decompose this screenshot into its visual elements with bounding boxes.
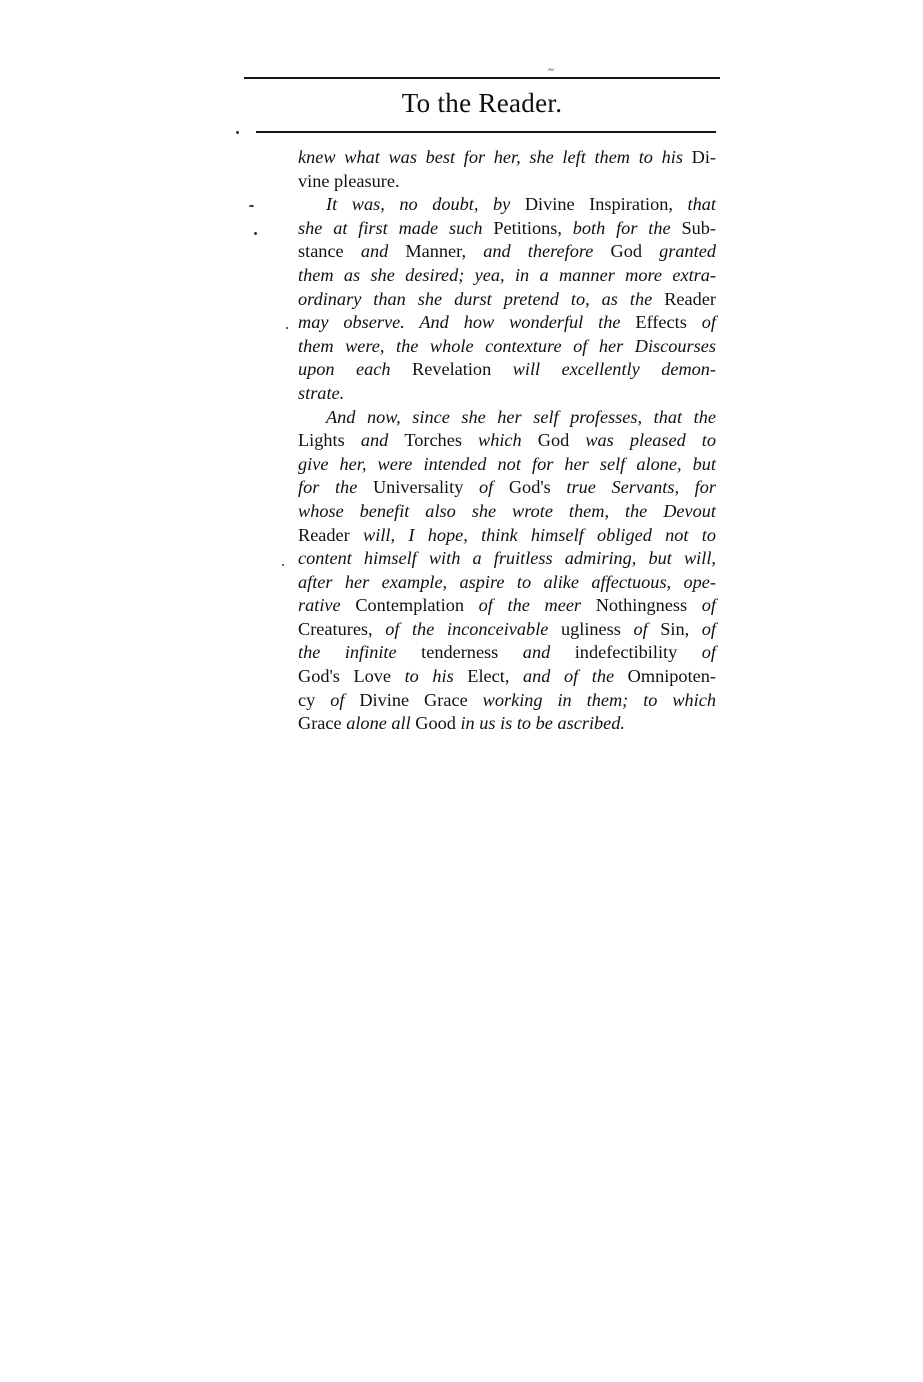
italic-run: which bbox=[478, 430, 538, 450]
italic-run: she at first made such bbox=[298, 218, 493, 238]
text-line: And now, since she her self professes, t… bbox=[298, 406, 716, 430]
roman-run: indefectibility bbox=[575, 642, 702, 662]
roman-run: Good bbox=[415, 713, 460, 733]
text-line: It was, no doubt, by Divine Inspiration,… bbox=[298, 193, 716, 217]
roman-run: Manner, bbox=[405, 241, 483, 261]
roman-run: stance bbox=[298, 241, 361, 261]
italic-run: and bbox=[361, 241, 406, 261]
italic-run: of bbox=[633, 619, 660, 639]
italic-run: may observe. And how wonderful the bbox=[298, 312, 635, 332]
italic-run: that bbox=[688, 194, 716, 214]
page-title: To the Reader. bbox=[244, 84, 720, 122]
text-line: vine pleasure. bbox=[298, 170, 716, 194]
italic-run: And now, since she her self professes, t… bbox=[326, 407, 716, 427]
italic-run: and therefore bbox=[483, 241, 610, 261]
roman-run: Reader bbox=[664, 289, 716, 309]
italic-run: of bbox=[702, 595, 716, 615]
italic-run: It was, no doubt, by bbox=[326, 194, 525, 214]
text-line: Reader will, I hope, think himself oblig… bbox=[298, 524, 716, 548]
italic-run: to his bbox=[405, 666, 468, 686]
italic-run: will excellently demon- bbox=[513, 359, 716, 379]
text-line: may observe. And how wonderful the Effec… bbox=[298, 311, 716, 335]
italic-run: them as she desired; yea, in a manner mo… bbox=[298, 265, 716, 285]
paragraph-2: It was, no doubt, by Divine Inspiration,… bbox=[298, 193, 716, 405]
roman-run: Omnipoten- bbox=[628, 666, 716, 686]
scan-speck bbox=[236, 131, 239, 134]
paragraph-1: knew what was best for her, she left the… bbox=[298, 146, 716, 193]
roman-run: Grace bbox=[298, 713, 346, 733]
text-line: content himself with a fruitless admirin… bbox=[298, 547, 716, 571]
roman-run: God's Love bbox=[298, 666, 405, 686]
italic-run: whose benefit also she wrote them, the D… bbox=[298, 501, 716, 521]
italic-run: of bbox=[479, 477, 509, 497]
italic-run: will, I hope, think himself obliged not … bbox=[363, 525, 716, 545]
roman-run: Effects bbox=[635, 312, 701, 332]
paragraph-3: And now, since she her self professes, t… bbox=[298, 406, 716, 736]
italic-run: was pleased to bbox=[585, 430, 716, 450]
italic-run: for the bbox=[298, 477, 373, 497]
italic-run: in us is to be ascribed. bbox=[460, 713, 625, 733]
text-line: God's Love to his Elect, and of the Omni… bbox=[298, 665, 716, 689]
italic-run: true Servants, for bbox=[566, 477, 716, 497]
text-line: ordinary than she durst pretend to, as t… bbox=[298, 288, 716, 312]
roman-run: Universality bbox=[373, 477, 479, 497]
roman-run: God bbox=[538, 430, 586, 450]
italic-run: them were, the whole contexture of her D… bbox=[298, 336, 716, 356]
roman-run: Contemplation bbox=[355, 595, 478, 615]
text-line: rative Contemplation of the meer Nothing… bbox=[298, 594, 716, 618]
italic-run: knew what was best for her, she left the… bbox=[298, 147, 692, 167]
italic-run: of the meer bbox=[479, 595, 596, 615]
text-line: them were, the whole contexture of her D… bbox=[298, 335, 716, 359]
italic-run: both for the bbox=[573, 218, 682, 238]
book-page: ~ To the Reader. knew what was best for … bbox=[0, 0, 923, 1382]
text-line: whose benefit also she wrote them, the D… bbox=[298, 500, 716, 524]
roman-run: cy bbox=[298, 690, 330, 710]
text-line: the infinite tenderness and indefectibil… bbox=[298, 641, 716, 665]
roman-run: Elect, bbox=[467, 666, 523, 686]
italic-run: working in them; to which bbox=[483, 690, 716, 710]
catchmark: ~ bbox=[548, 64, 554, 76]
italic-run: of bbox=[702, 619, 716, 639]
italic-run: upon each bbox=[298, 359, 412, 379]
body-text: knew what was best for her, she left the… bbox=[298, 146, 716, 736]
italic-run: content himself with a fruitless admirin… bbox=[298, 548, 716, 568]
italic-run: and bbox=[361, 430, 405, 450]
roman-run: ugliness bbox=[561, 619, 634, 639]
roman-run: Divine Grace bbox=[359, 690, 482, 710]
scan-speck bbox=[249, 205, 254, 207]
text-line: give her, were intended not for her self… bbox=[298, 453, 716, 477]
text-line: stance and Manner, and therefore God gra… bbox=[298, 240, 716, 264]
header-rule-bottom bbox=[256, 131, 716, 133]
roman-run: Sin, bbox=[660, 619, 702, 639]
italic-run: of bbox=[702, 312, 716, 332]
roman-run: Petitions, bbox=[493, 218, 572, 238]
italic-run: give her, were intended not for her self… bbox=[298, 454, 716, 474]
roman-run: Sub- bbox=[681, 218, 716, 238]
italic-run: rative bbox=[298, 595, 355, 615]
header-rule-top bbox=[244, 77, 720, 79]
text-line: Lights and Torches which God was pleased… bbox=[298, 429, 716, 453]
text-line: upon each Revelation will excellently de… bbox=[298, 358, 716, 382]
italic-run: strate. bbox=[298, 383, 344, 403]
text-line: cy of Divine Grace working in them; to w… bbox=[298, 689, 716, 713]
text-line: knew what was best for her, she left the… bbox=[298, 146, 716, 170]
text-line: them as she desired; yea, in a manner mo… bbox=[298, 264, 716, 288]
italic-run: and bbox=[523, 642, 575, 662]
roman-run: Creatures, bbox=[298, 619, 385, 639]
roman-run: God bbox=[611, 241, 660, 261]
text-line: strate. bbox=[298, 382, 716, 406]
roman-run: vine pleasure. bbox=[298, 171, 400, 191]
scan-speck bbox=[282, 564, 284, 566]
italic-run: of the inconceivable bbox=[385, 619, 561, 639]
roman-run: Torches bbox=[404, 430, 478, 450]
italic-run: and of the bbox=[523, 666, 628, 686]
roman-run: tenderness bbox=[421, 642, 523, 662]
roman-run: Divine Inspiration, bbox=[525, 194, 688, 214]
italic-run: alone all bbox=[346, 713, 415, 733]
italic-run: ordinary than she durst pretend to, as t… bbox=[298, 289, 664, 309]
italic-run: of bbox=[702, 642, 716, 662]
text-line: she at first made such Petitions, both f… bbox=[298, 217, 716, 241]
roman-run: Revelation bbox=[412, 359, 513, 379]
roman-run: Nothingness bbox=[596, 595, 702, 615]
roman-run: God's bbox=[509, 477, 567, 497]
text-line: Grace alone all Good in us is to be ascr… bbox=[298, 712, 716, 736]
roman-run: Lights bbox=[298, 430, 361, 450]
italic-run: the infinite bbox=[298, 642, 421, 662]
text-line: Creatures, of the inconceivable ugliness… bbox=[298, 618, 716, 642]
scan-speck bbox=[286, 327, 288, 329]
roman-run: Reader bbox=[298, 525, 363, 545]
italic-run: granted bbox=[659, 241, 716, 261]
scan-speck bbox=[254, 232, 257, 235]
roman-run: Di- bbox=[692, 147, 716, 167]
text-line: after her example, aspire to alike affec… bbox=[298, 571, 716, 595]
italic-run: after her example, aspire to alike affec… bbox=[298, 572, 716, 592]
italic-run: of bbox=[330, 690, 359, 710]
text-line: for the Universality of God's true Serva… bbox=[298, 476, 716, 500]
